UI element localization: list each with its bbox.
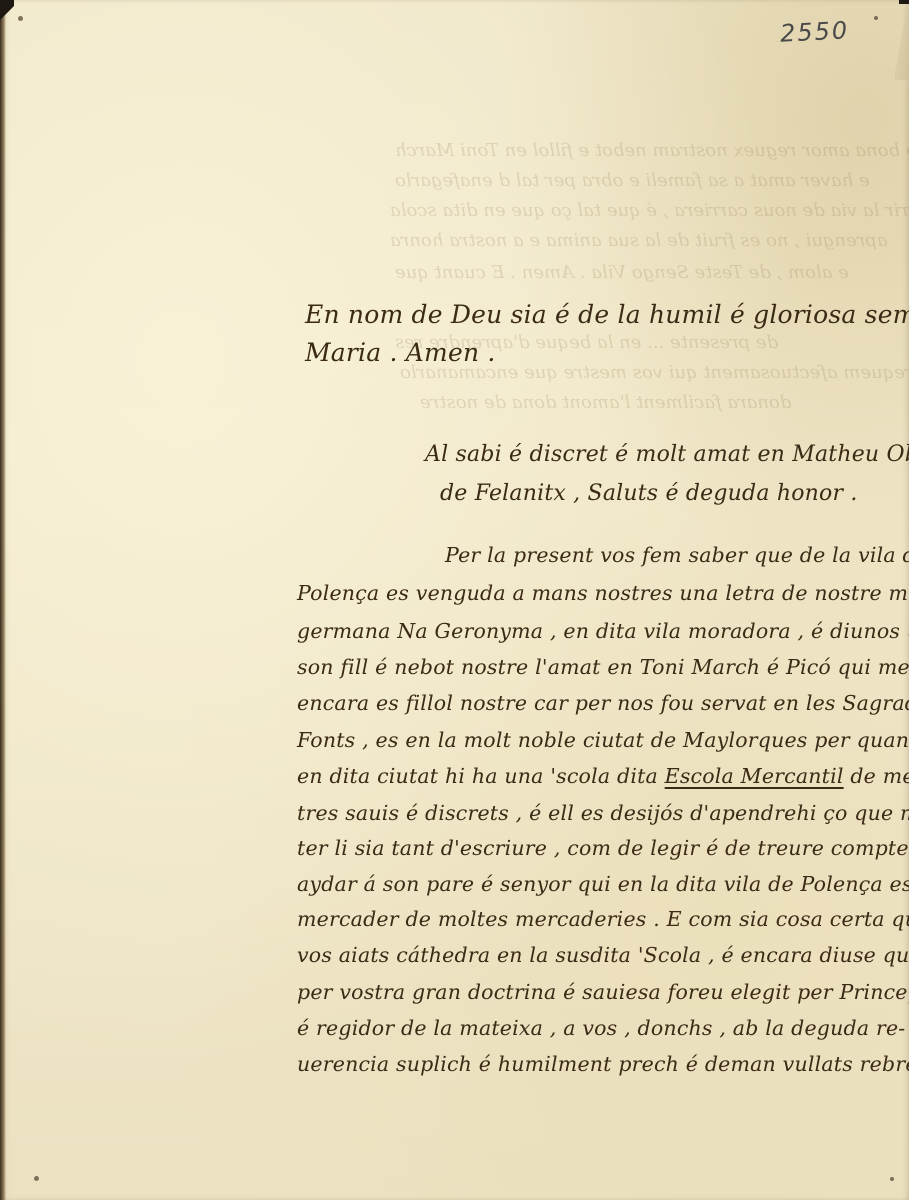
letter-page: 2550 ab bona amor reguex nostram nebot e…: [0, 0, 909, 1200]
bleed-line: ab bona amor reguex nostram nebot e fill…: [395, 140, 909, 161]
invocation-line-1: En nom de Deu sia é de la humil é glorio…: [305, 300, 909, 329]
salutation-line-1: Al sabi é discret é molt amat en Matheu …: [425, 442, 909, 467]
invocation-line-2: Maria . Amen .: [305, 338, 496, 367]
body-line: Per la present vos fem saber que de la v…: [445, 543, 909, 567]
body-line: uerencia suplich é humilment prech é dem…: [297, 1052, 909, 1076]
body-line: germana Na Geronyma , en dita vila morad…: [297, 619, 909, 643]
body-line: encara es fillol nostre car per nos fou …: [297, 691, 909, 715]
body-line-prefix: en dita ciutat hi ha una 'scola dita: [297, 764, 658, 788]
archive-number: 2550: [779, 16, 849, 48]
bleed-line: aprengui , no es fruit de la sua anima e…: [390, 230, 888, 251]
paper-speck: [874, 16, 878, 20]
paper-speck: [890, 1177, 894, 1181]
body-line-with-underline: en dita ciutat hi ha una 'scola dita Esc…: [297, 764, 909, 788]
page-left-edge: [0, 0, 6, 1200]
page-corner-shadow: [899, 0, 909, 4]
paper-speck: [18, 16, 23, 21]
body-line: vos aiats cáthedra en la susdita 'Scola …: [297, 943, 909, 967]
bleed-line: rrir la via de nous carriera , é que tal…: [390, 200, 909, 221]
escola-mercantil-underlined: Escola Mercantil: [665, 764, 844, 788]
bleed-line: e haver amat a sa fameli e obra per tal …: [395, 170, 870, 191]
body-line: tres sauis é discrets , é ell es desijós…: [297, 801, 909, 825]
salutation-line-2: de Felanitx , Saluts é deguda honor .: [440, 481, 858, 506]
body-line: Polença es venguda a mans nostres una le…: [297, 581, 909, 605]
body-line: aydar á son pare é senyor qui en la dita…: [297, 872, 909, 896]
body-line: son fill é nebot nostre l'amat en Toni M…: [297, 655, 909, 679]
body-line: Fonts , es en la molt noble ciutat de Ma…: [297, 728, 909, 752]
bleed-line: donara facilment l'amont dona de nostre: [420, 392, 791, 413]
body-line: é regidor de la mateixa , a vos , donchs…: [297, 1016, 905, 1040]
body-line: per vostra gran doctrina é sauiesa foreu…: [297, 980, 909, 1004]
body-line: mercader de moltes mercaderies . E com s…: [297, 907, 909, 931]
page-right-fold: [895, 0, 909, 80]
bleed-line: e alom , de Teste Sengo Vila . Amen . E …: [395, 262, 849, 283]
page-corner-tear: [0, 0, 14, 30]
body-line: ter li sia tant d'escriure , com de legi…: [297, 836, 909, 860]
paper-speck: [34, 1176, 39, 1181]
body-line-suffix: de mes-: [850, 764, 909, 788]
